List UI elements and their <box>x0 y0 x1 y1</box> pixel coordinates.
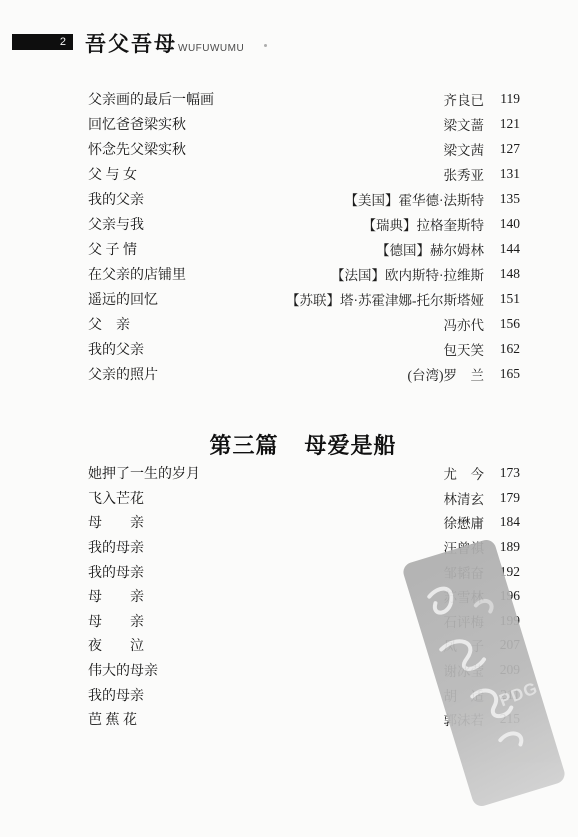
section-title: 母爱是船 <box>305 433 397 458</box>
section-part-label: 第三篇 <box>209 433 278 458</box>
entry-title: 她押了一生的岁月 <box>88 463 200 483</box>
toc-entry-row: 她押了一生的岁月 尤 今 173 <box>88 461 520 486</box>
entry-author: 【瑞典】拉格奎斯特 <box>363 214 485 234</box>
entry-author: 林清玄 <box>444 488 485 508</box>
entry-page: 131 <box>488 166 520 182</box>
entry-title: 父 子 情 <box>88 239 137 259</box>
entry-title: 伟大的母亲 <box>88 660 158 680</box>
entry-title: 我的母亲 <box>88 562 144 582</box>
entry-title: 父亲的照片 <box>88 364 158 384</box>
entry-author: 【苏联】塔·苏霍津娜-托尔斯塔娅 <box>286 289 484 309</box>
entry-title: 父亲与我 <box>88 214 144 234</box>
toc-entry-row: 父 子 情 【德国】赫尔姆林 144 <box>88 236 520 261</box>
entry-title: 我的母亲 <box>88 685 144 705</box>
entry-title: 我的母亲 <box>88 537 144 557</box>
entry-page: 179 <box>488 490 520 506</box>
entry-title: 父 与 女 <box>88 164 137 184</box>
entry-page: 156 <box>488 316 520 332</box>
entry-title: 父 亲 <box>88 314 130 334</box>
entry-author: 冯亦代 <box>444 314 485 334</box>
toc-entry-row: 遥远的回忆 【苏联】塔·苏霍津娜-托尔斯塔娅 151 <box>88 286 520 311</box>
entry-title: 芭 蕉 花 <box>88 709 137 729</box>
entry-title: 回忆爸爸梁实秋 <box>88 114 186 134</box>
entry-title: 我的父亲 <box>88 339 144 359</box>
entry-author: 梁文蔷 <box>444 114 485 134</box>
toc-entry-row: 母 亲 徐懋庸 184 <box>88 510 520 535</box>
entry-title: 在父亲的店铺里 <box>88 264 186 284</box>
entry-title: 我的父亲 <box>88 189 144 209</box>
scan-speck <box>264 44 267 47</box>
entry-author: 包天笑 <box>444 339 485 359</box>
entry-author: 张秀亚 <box>444 164 485 184</box>
entry-page: 151 <box>488 291 520 307</box>
book-title-roman: WUFUWUMU <box>178 43 244 54</box>
entry-page: 119 <box>488 91 520 107</box>
entry-page: 135 <box>488 191 520 207</box>
entry-page: 127 <box>488 141 520 157</box>
entry-author: (台湾)罗 兰 <box>408 364 485 384</box>
page-number-bar: 2 <box>12 34 73 50</box>
entry-title: 母 亲 <box>88 611 144 631</box>
entry-author: 【法国】欧内斯特·拉维斯 <box>331 264 484 284</box>
entry-page: 162 <box>488 341 520 357</box>
entry-title: 怀念先父梁实秋 <box>88 139 186 159</box>
page-number: 2 <box>60 36 66 48</box>
entry-title: 飞入芒花 <box>88 488 144 508</box>
book-title-text: 吾父吾母 <box>85 32 177 56</box>
entry-page: 173 <box>488 465 520 481</box>
entry-page: 165 <box>488 366 520 382</box>
toc-entry-row: 我的父亲 【美国】霍华德·法斯特 135 <box>88 186 520 211</box>
entry-author: 齐良已 <box>444 89 485 109</box>
book-title: 吾父吾母WUFUWUMU <box>85 28 244 58</box>
toc-entry-row: 父亲画的最后一幅画 齐良已 119 <box>88 86 520 111</box>
toc-entry-row: 父亲与我 【瑞典】拉格奎斯特 140 <box>88 211 520 236</box>
entry-title: 夜 泣 <box>88 635 144 655</box>
toc-entry-row: 父 与 女 张秀亚 131 <box>88 161 520 186</box>
toc-list-part2: 父亲画的最后一幅画 齐良已 119 回忆爸爸梁实秋 梁文蔷 121 怀念先父梁实… <box>88 86 520 386</box>
entry-title: 遥远的回忆 <box>88 289 158 309</box>
entry-page: 148 <box>488 266 520 282</box>
entry-author: 徐懋庸 <box>444 512 485 532</box>
page-header: 2 吾父吾母WUFUWUMU <box>0 28 578 54</box>
entry-author: 尤 今 <box>444 463 485 483</box>
entry-page: 140 <box>488 216 520 232</box>
entry-author: 梁文茜 <box>444 139 485 159</box>
entry-page: 144 <box>488 241 520 257</box>
entry-author: 【德国】赫尔姆林 <box>376 239 484 259</box>
toc-entry-row: 回忆爸爸梁实秋 梁文蔷 121 <box>88 111 520 136</box>
entry-title: 父亲画的最后一幅画 <box>88 89 214 109</box>
toc-entry-row: 飞入芒花 林清玄 179 <box>88 486 520 511</box>
toc-entry-row: 父 亲 冯亦代 156 <box>88 311 520 336</box>
toc-entry-row: 怀念先父梁实秋 梁文茜 127 <box>88 136 520 161</box>
entry-page: 121 <box>488 116 520 132</box>
entry-page: 184 <box>488 514 520 530</box>
entry-title: 母 亲 <box>88 512 144 532</box>
toc-entry-row: 在父亲的店铺里 【法国】欧内斯特·拉维斯 148 <box>88 261 520 286</box>
toc-entry-row: 我的父亲 包天笑 162 <box>88 336 520 361</box>
book-toc-page: 2 吾父吾母WUFUWUMU 父亲画的最后一幅画 齐良已 119 回忆爸爸梁实秋… <box>0 0 578 837</box>
entry-title: 母 亲 <box>88 586 144 606</box>
toc-entry-row: 父亲的照片 (台湾)罗 兰 165 <box>88 361 520 386</box>
entry-author: 【美国】霍华德·法斯特 <box>345 189 485 209</box>
